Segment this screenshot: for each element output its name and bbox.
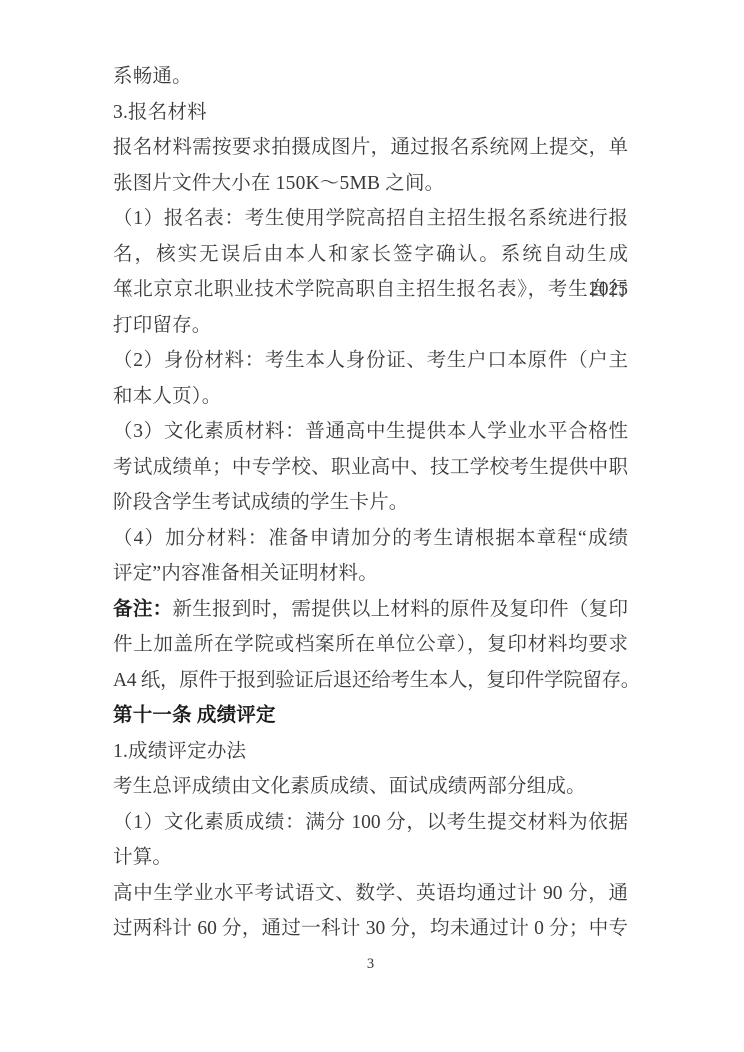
note-line: 备注：新生报到时，需提供以上材料的原件及复印件（复印 [113, 592, 628, 628]
text-line: 和本人页）。 [113, 379, 628, 415]
text-line: 计算。 [113, 840, 628, 876]
item-1-application-form: （1）报名表：考生使用学院高招自主招生报名系统进行报 [113, 201, 628, 237]
text-line: 件上加盖所在学院或档案所在单位公章），复印材料均要求 [113, 627, 628, 663]
page-background: 系畅通。 3.报名材料 报名材料需按要求拍摄成图片，通过报名系统网上提交，单 张… [0, 0, 744, 1052]
document-page: { "document": { "page_number": "3", "tex… [0, 0, 744, 1052]
text-line: 年北京京北职业技术学院高职自主招生报名表》，考生自行 [113, 272, 628, 308]
text-line: 考生总评成绩由文化素质成绩、面试成绩两部分组成。 [113, 769, 628, 805]
text-line: 高中生学业水平考试语文、数学、英语均通过计 90 分，通 [113, 876, 628, 912]
text-line: 阶段含学生考试成绩的学生卡片。 [113, 485, 628, 521]
item-2-identity-materials: （2）身份材料：考生本人身份证、考生户口本原件（户主 [113, 343, 628, 379]
document-body: 系畅通。 3.报名材料 报名材料需按要求拍摄成图片，通过报名系统网上提交，单 张… [113, 59, 628, 982]
text-line: 过两科计 60 分，通过一科计 30 分，均未通过计 0 分；中专 [113, 911, 628, 947]
note-text: 新生报到时，需提供以上材料的原件及复印件（复印 [172, 599, 628, 620]
text-line: 评定”内容准备相关证明材料。 [113, 556, 628, 592]
text-line: 名，核实无误后由本人和家长签字确认。系统自动生成《2025 [113, 237, 628, 273]
text-line: 打印留存。 [113, 308, 628, 344]
text-line: 考试成绩单；中专学校、职业高中、技工学校考生提供中职 [113, 450, 628, 486]
page-number: 3 [113, 947, 628, 983]
item-3-culture-materials: （3）文化素质材料：普通高中生提供本人学业水平合格性 [113, 414, 628, 450]
text-line: 张图片文件大小在 150K～5MB 之间。 [113, 166, 628, 202]
section-heading-article-11: 第十一条 成绩评定 [113, 698, 628, 734]
subsection-heading: 1.成绩评定办法 [113, 734, 628, 770]
item-4-bonus-materials: （4）加分材料：准备申请加分的考生请根据本章程“成绩 [113, 521, 628, 557]
item-1-culture-score: （1）文化素质成绩：满分 100 分，以考生提交材料为依据 [113, 805, 628, 841]
list-heading-materials: 3.报名材料 [113, 95, 628, 131]
text-line: 报名材料需按要求拍摄成图片，通过报名系统网上提交，单 [113, 130, 628, 166]
text-line: 系畅通。 [113, 59, 628, 95]
note-label: 备注： [113, 599, 172, 620]
text-line: A4 纸，原件于报到验证后退还给考生本人，复印件学院留存。 [113, 663, 628, 699]
